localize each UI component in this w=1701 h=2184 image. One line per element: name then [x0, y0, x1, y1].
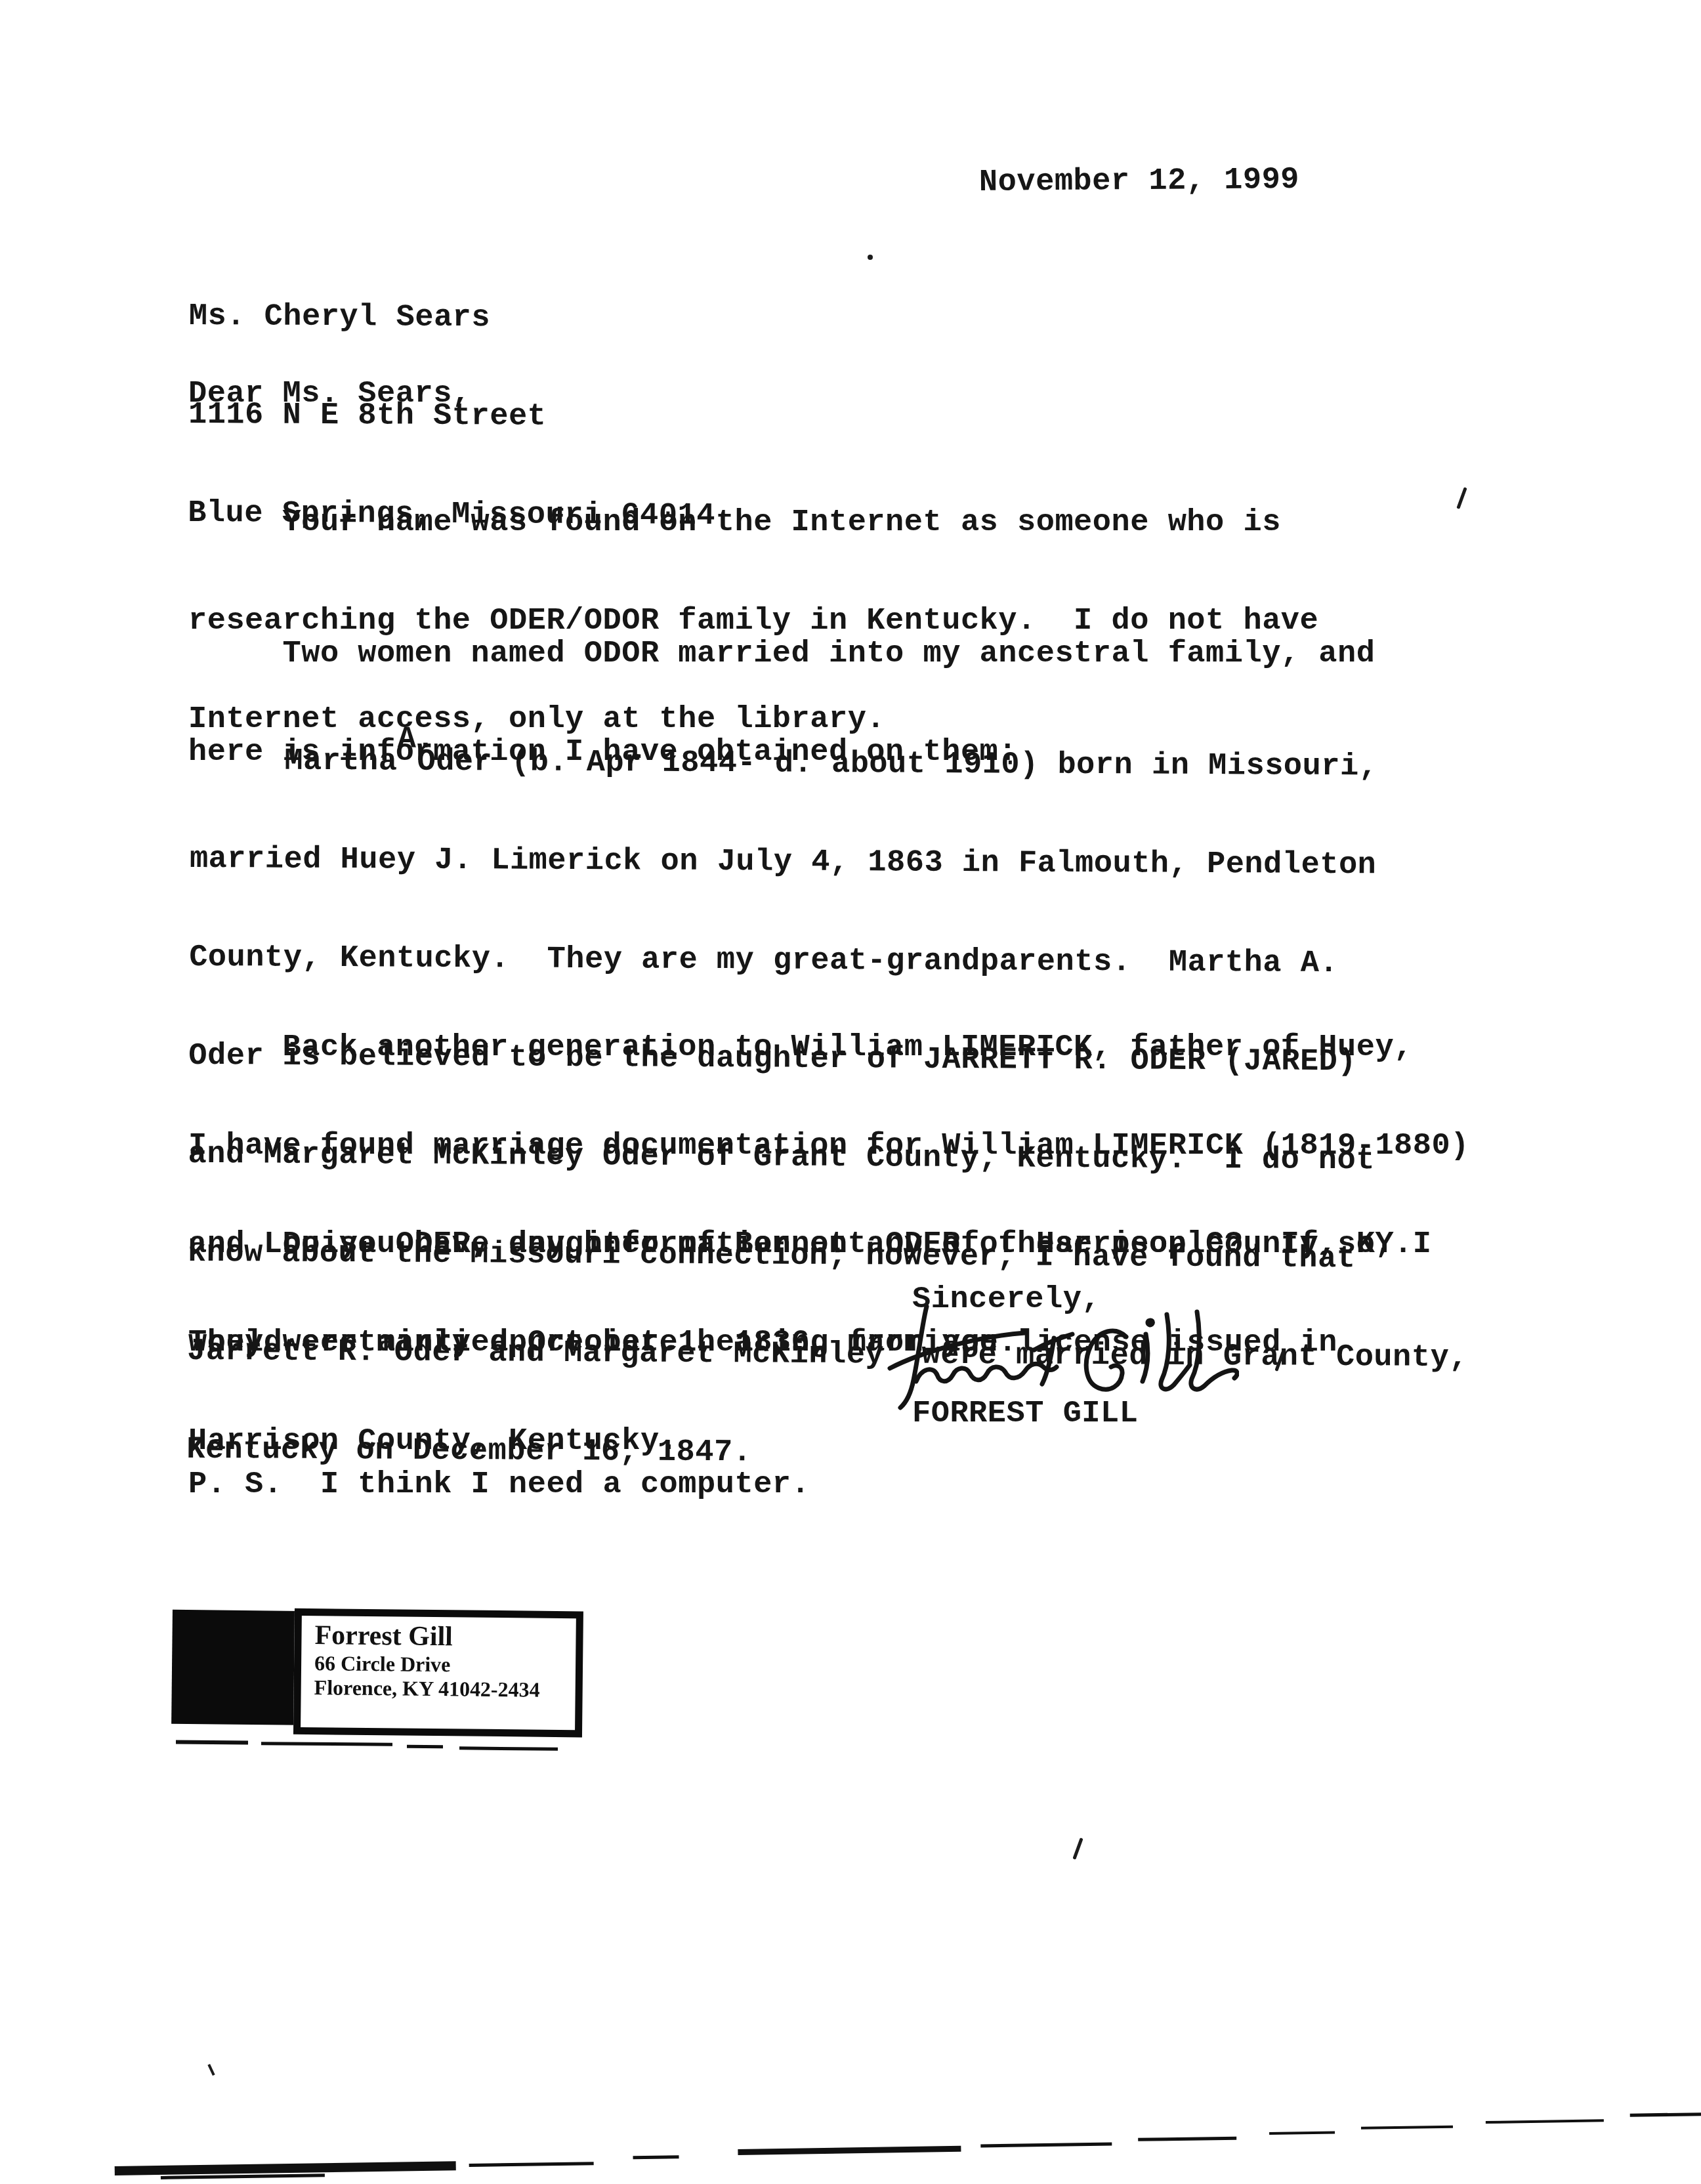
- paragraph-4-line: Harrison County, Kentucky.: [188, 1425, 1469, 1458]
- postscript: P. S. I think I need a computer.: [188, 1469, 810, 1501]
- paragraph-5-line: Do you have any information on any of th…: [188, 1228, 1432, 1261]
- superscript-insertion: A.: [398, 724, 417, 757]
- scan-artifact-slash: [1072, 1837, 1083, 1860]
- label-street: 66 Circle Drive: [314, 1651, 576, 1678]
- martha-post: Oder (b. Apr 1844- d. about 1910) born i…: [417, 745, 1377, 785]
- paragraph-4-line: Back another generation to William LIMER…: [188, 1032, 1469, 1064]
- handwritten-signature: [885, 1303, 1239, 1411]
- paragraph-5: Do you have any information on any of th…: [188, 1163, 1432, 1425]
- scan-artifact-slash: [1456, 487, 1467, 509]
- paragraph-1-line: Your name was found on the Internet as s…: [188, 507, 1318, 539]
- typed-signature-name: FORREST GILL: [912, 1398, 1138, 1431]
- salutation: Dear Ms. Sears,: [188, 378, 471, 411]
- label-city: Florence, KY 41042-2434: [314, 1675, 576, 1702]
- scanned-letter-page: November 12, 1999 Ms. Cheryl Sears 1116 …: [0, 0, 1701, 2184]
- paragraph-3-line: married Huey J. Limerick on July 4, 1863…: [190, 843, 1471, 883]
- paragraph-5-line: would certainly appreciate hearing from …: [188, 1327, 1432, 1360]
- bottom-scan-line: [114, 2099, 1701, 2182]
- scan-artifact-dot: [868, 255, 873, 260]
- paragraph-4-line: I have found marriage documentation for …: [188, 1130, 1469, 1163]
- label-name: Forrest Gill: [314, 1620, 576, 1654]
- martha-pre: Martha: [190, 744, 398, 780]
- paragraph-3-line-first: MarthaA.Oder (b. Apr 1844- d. about 1910…: [190, 745, 1471, 784]
- label-black-block: [171, 1610, 301, 1725]
- label-card: Forrest Gill 66 Circle Drive Florence, K…: [293, 1608, 583, 1738]
- letter-date: November 12, 1999: [979, 164, 1299, 199]
- return-address-label: Forrest Gill 66 Circle Drive Florence, K…: [171, 1607, 570, 1733]
- recipient-name: Ms. Cheryl Sears: [189, 301, 717, 336]
- paragraph-2-line: Two women named ODOR married into my anc…: [188, 638, 1375, 671]
- scan-artifact-tick: [207, 2064, 215, 2076]
